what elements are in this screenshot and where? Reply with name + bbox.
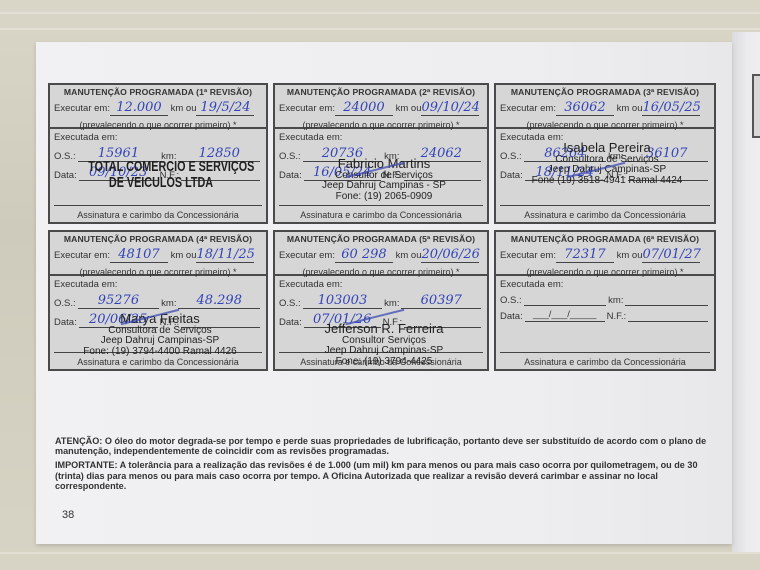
- date-label: Data:: [500, 311, 523, 322]
- os-field[interactable]: [524, 293, 607, 306]
- signature-line: [279, 205, 483, 206]
- os-field[interactable]: 95276: [78, 293, 160, 309]
- revision-title: MANUTENÇÃO PROGRAMADA (5ª REVISÃO): [279, 234, 483, 244]
- os-label: O.S.:: [279, 298, 301, 309]
- km-or-label: km ou: [396, 250, 422, 261]
- km-or-label: km ou: [396, 103, 422, 114]
- km-field[interactable]: [625, 293, 708, 306]
- date-label: Data:: [54, 170, 77, 181]
- execute-row: Executar em:48107 km ou18/11/25: [54, 247, 262, 263]
- revision-header: MANUTENÇÃO PROGRAMADA (3ª REVISÃO) Execu…: [496, 85, 714, 129]
- signature-line: [54, 205, 262, 206]
- executed-label: Executada em:: [279, 279, 483, 290]
- execute-row: Executar em:72317 km ou07/01/27: [500, 247, 710, 263]
- execute-row: Executar em:36062 km ou16/05/25: [500, 100, 710, 116]
- execution-record: Executada em: O.S.:15961 km:12850 Data:0…: [50, 129, 266, 222]
- execute-km-field[interactable]: 48107: [110, 247, 168, 263]
- dealer-stamp: Fabricio MartinsConsultor de ServiçosJee…: [285, 157, 483, 202]
- date-field[interactable]: ___/___/_____: [525, 309, 605, 322]
- nf-field[interactable]: [628, 309, 708, 322]
- km-label: km:: [384, 298, 399, 309]
- stamp-line: TOTAL COMERCIO E SERVIÇOS: [88, 159, 233, 175]
- revision-card-5: MANUTENÇÃO PROGRAMADA (5ª REVISÃO) Execu…: [273, 230, 489, 371]
- km-or-label: km ou: [617, 103, 643, 114]
- revision-header: MANUTENÇÃO PROGRAMADA (1ª REVISÃO) Execu…: [50, 85, 266, 129]
- execute-km-field[interactable]: 72317: [556, 247, 614, 263]
- execute-km-field[interactable]: 60 298: [335, 247, 393, 263]
- execute-label: Executar em:: [279, 103, 335, 114]
- stamp-line: Fone (19) 3518-4941 Ramal 4424: [504, 176, 710, 187]
- execute-date-field[interactable]: 07/01/27: [642, 247, 700, 263]
- km-field[interactable]: 60397: [401, 293, 481, 309]
- execute-row: Executar em:60 298 km ou20/06/26: [279, 247, 483, 263]
- notes-section: ATENÇÃO: O óleo do motor degrada-se por …: [55, 436, 715, 495]
- signature-line: [500, 205, 710, 206]
- execution-record: Executada em: O.S.: km: Data:___/___/___…: [496, 276, 714, 369]
- executed-label: Executada em:: [54, 132, 262, 143]
- revision-title: MANUTENÇÃO PROGRAMADA (1ª REVISÃO): [54, 87, 262, 97]
- execution-record: Executada em: O.S.:103003 km:60397 Data:…: [275, 276, 487, 369]
- execute-label: Executar em:: [54, 103, 110, 114]
- revision-header: MANUTENÇÃO PROGRAMADA (6ª REVISÃO) Execu…: [496, 232, 714, 276]
- km-field[interactable]: 48.298: [178, 293, 260, 309]
- execute-label: Executar em:: [500, 103, 556, 114]
- page-number: 38: [62, 509, 74, 521]
- important-note: IMPORTANTE: A tolerância para a realizaç…: [55, 460, 715, 491]
- km-or-label: km ou: [171, 250, 197, 261]
- dealer-stamp: Isabela PereiraConsultora de ServiçosJee…: [504, 141, 710, 186]
- os-label: O.S.:: [54, 298, 76, 309]
- dealer-stamp: Jefferson R. FerreiraConsultor ServiçosJ…: [285, 322, 483, 367]
- signature-caption: Assinatura e carimbo da Concessionária: [50, 357, 266, 367]
- revision-title: MANUTENÇÃO PROGRAMADA (3ª REVISÃO): [500, 87, 710, 97]
- execute-row: Executar em:12.000 km ou19/5/24: [54, 100, 262, 116]
- wood-grain: [0, 28, 760, 30]
- stamp-line: Fone: (19) 3794-4400 Ramal 4426: [58, 347, 262, 358]
- execute-date-field[interactable]: 09/10/24: [421, 100, 479, 116]
- execute-km-field[interactable]: 36062: [556, 100, 614, 116]
- revision-card-1: MANUTENÇÃO PROGRAMADA (1ª REVISÃO) Execu…: [48, 83, 268, 224]
- execute-date-field[interactable]: 20/06/26: [421, 247, 479, 263]
- revision-card-6: MANUTENÇÃO PROGRAMADA (6ª REVISÃO) Execu…: [494, 230, 716, 371]
- execute-label: Executar em:: [279, 250, 335, 261]
- execute-km-field[interactable]: 12.000: [110, 100, 168, 116]
- revision-grid: MANUTENÇÃO PROGRAMADA (1ª REVISÃO) Execu…: [48, 83, 712, 371]
- execute-date-field[interactable]: 19/5/24: [196, 100, 254, 116]
- signature-caption: Assinatura e carimbo da Concessionária: [50, 210, 266, 220]
- facing-page-edge: [732, 32, 760, 552]
- stamp-line: Fone: (19) 3794-4425: [285, 357, 483, 368]
- revision-header: MANUTENÇÃO PROGRAMADA (2ª REVISÃO) Execu…: [275, 85, 487, 129]
- revision-card-2: MANUTENÇÃO PROGRAMADA (2ª REVISÃO) Execu…: [273, 83, 489, 224]
- stamp-line: DE VEICULOS LTDA: [88, 175, 233, 191]
- execute-row: Executar em:24000 km ou09/10/24: [279, 100, 483, 116]
- revision-header: MANUTENÇÃO PROGRAMADA (4ª REVISÃO) Execu…: [50, 232, 266, 276]
- executed-label: Executada em:: [500, 279, 710, 290]
- signature-caption: Assinatura e carimbo da Concessionária: [275, 210, 487, 220]
- os-label: O.S.:: [500, 295, 522, 306]
- revision-title: MANUTENÇÃO PROGRAMADA (4ª REVISÃO): [54, 234, 262, 244]
- stamp-line: Isabela Pereira: [504, 141, 710, 155]
- execution-record: Executada em: O.S.:86264 km:36107 Data:1…: [496, 129, 714, 222]
- stamp-line: Fone: (19) 2065-0909: [285, 192, 483, 203]
- dealer-stamp: Marya FreitasConsultora de ServiçosJeep …: [58, 312, 262, 357]
- dealer-stamp: TOTAL COMERCIO E SERVIÇOSDE VEICULOS LTD…: [88, 159, 233, 191]
- revision-title: MANUTENÇÃO PROGRAMADA (6ª REVISÃO): [500, 234, 710, 244]
- wood-grain: [0, 552, 760, 554]
- execution-record: Executada em: O.S.:20736 km:24062 Data:1…: [275, 129, 487, 222]
- os-field[interactable]: 103003: [303, 293, 383, 309]
- km-or-label: km ou: [617, 250, 643, 261]
- executed-label: Executada em:: [54, 279, 262, 290]
- revision-card-4: MANUTENÇÃO PROGRAMADA (4ª REVISÃO) Execu…: [48, 230, 268, 371]
- wood-grain: [0, 12, 760, 14]
- km-label: km:: [608, 295, 623, 306]
- km-or-label: km ou: [171, 103, 197, 114]
- execute-date-field[interactable]: 18/11/25: [196, 247, 254, 263]
- revision-title: MANUTENÇÃO PROGRAMADA (2ª REVISÃO): [279, 87, 483, 97]
- execute-date-field[interactable]: 16/05/25: [642, 100, 700, 116]
- km-label: km:: [161, 298, 176, 309]
- signature-line: [500, 352, 710, 353]
- execute-km-field[interactable]: 24000: [335, 100, 393, 116]
- attention-note: ATENÇÃO: O óleo do motor degrada-se por …: [55, 436, 715, 456]
- revision-header: MANUTENÇÃO PROGRAMADA (5ª REVISÃO) Execu…: [275, 232, 487, 276]
- nf-label: N.F.:: [607, 311, 627, 322]
- execution-record: Executada em: O.S.:95276 km:48.298 Data:…: [50, 276, 266, 369]
- executed-label: Executada em:: [279, 132, 483, 143]
- stamp-line: Jefferson R. Ferreira: [285, 322, 483, 336]
- os-label: O.S.:: [54, 151, 76, 162]
- execute-label: Executar em:: [500, 250, 556, 261]
- signature-caption: Assinatura e carimbo da Concessionária: [496, 210, 714, 220]
- signature-caption: Assinatura e carimbo da Concessionária: [496, 357, 714, 367]
- execute-label: Executar em:: [54, 250, 110, 261]
- revision-card-3: MANUTENÇÃO PROGRAMADA (3ª REVISÃO) Execu…: [494, 83, 716, 224]
